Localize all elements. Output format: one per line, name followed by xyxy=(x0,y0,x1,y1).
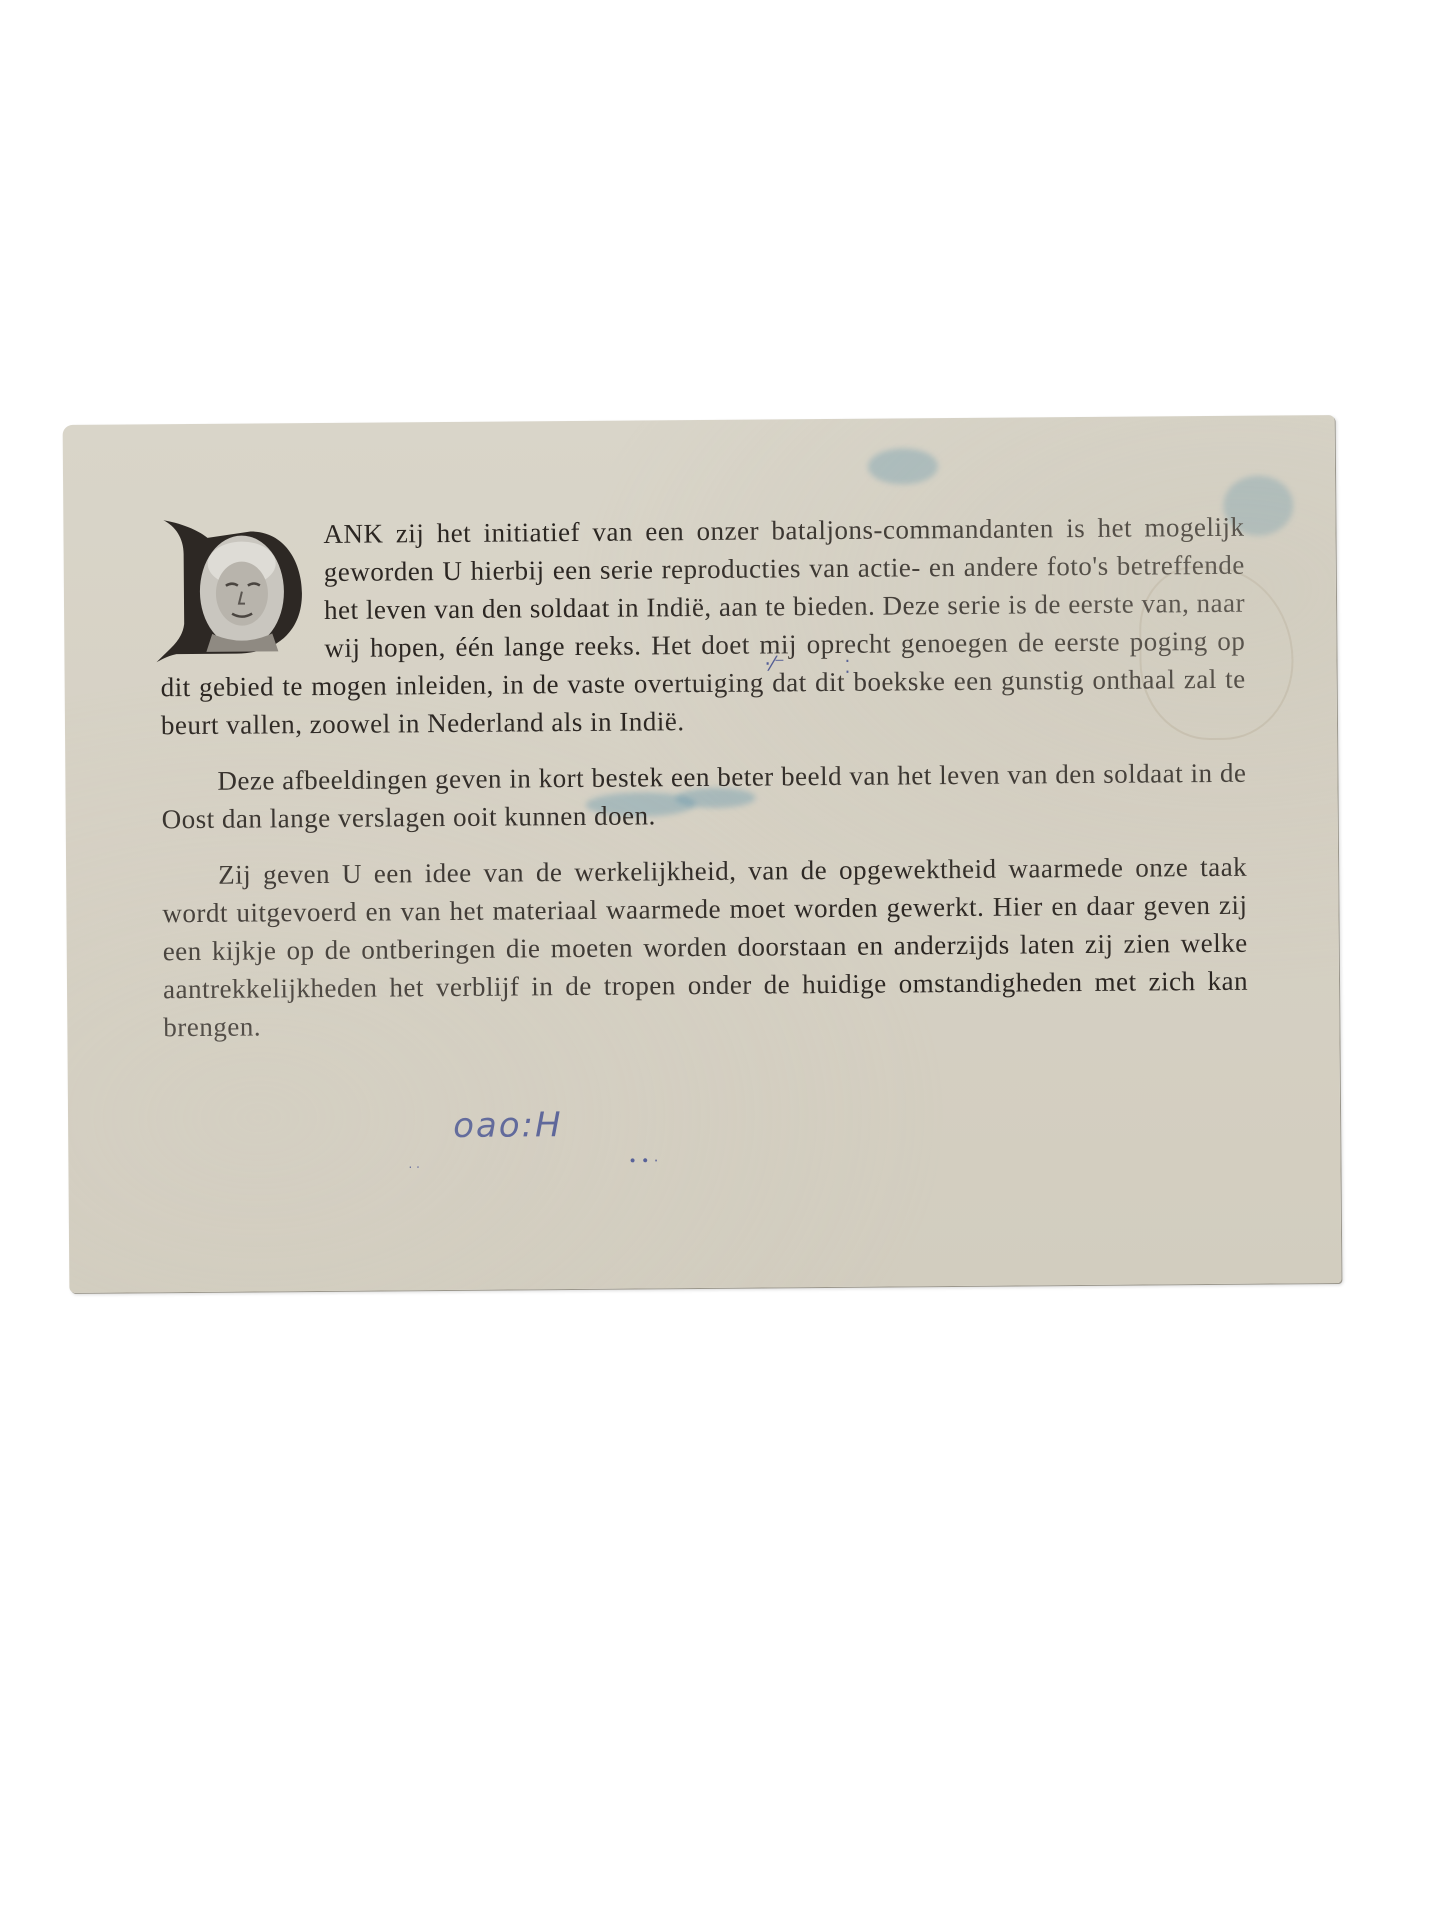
ink-blot xyxy=(868,448,938,485)
dropcap-letter-d xyxy=(155,513,306,664)
ink-speck: ·⁄⁻ xyxy=(764,651,784,675)
ink-speck: • • · xyxy=(628,1153,658,1169)
paragraph-1: ANK zij het initiatief van een onzer bat… xyxy=(159,508,1246,745)
handwritten-signature: oao:H xyxy=(453,1105,563,1146)
ink-speck: · · xyxy=(408,1160,420,1174)
document-card: ANK zij het initiatief van een onzer bat… xyxy=(63,415,1342,1293)
paragraph-3: Zij geven U een idee van de werkelijkhei… xyxy=(162,848,1248,1047)
ink-speck: ⁚ xyxy=(844,657,850,678)
opening-word: ANK xyxy=(323,518,383,548)
paragraph-2: Deze afbeeldingen geven in kort bestek e… xyxy=(161,754,1247,839)
letter-body: ANK zij het initiatief van een onzer bat… xyxy=(159,508,1248,1047)
portrait-illuminated-d-icon xyxy=(155,513,306,664)
